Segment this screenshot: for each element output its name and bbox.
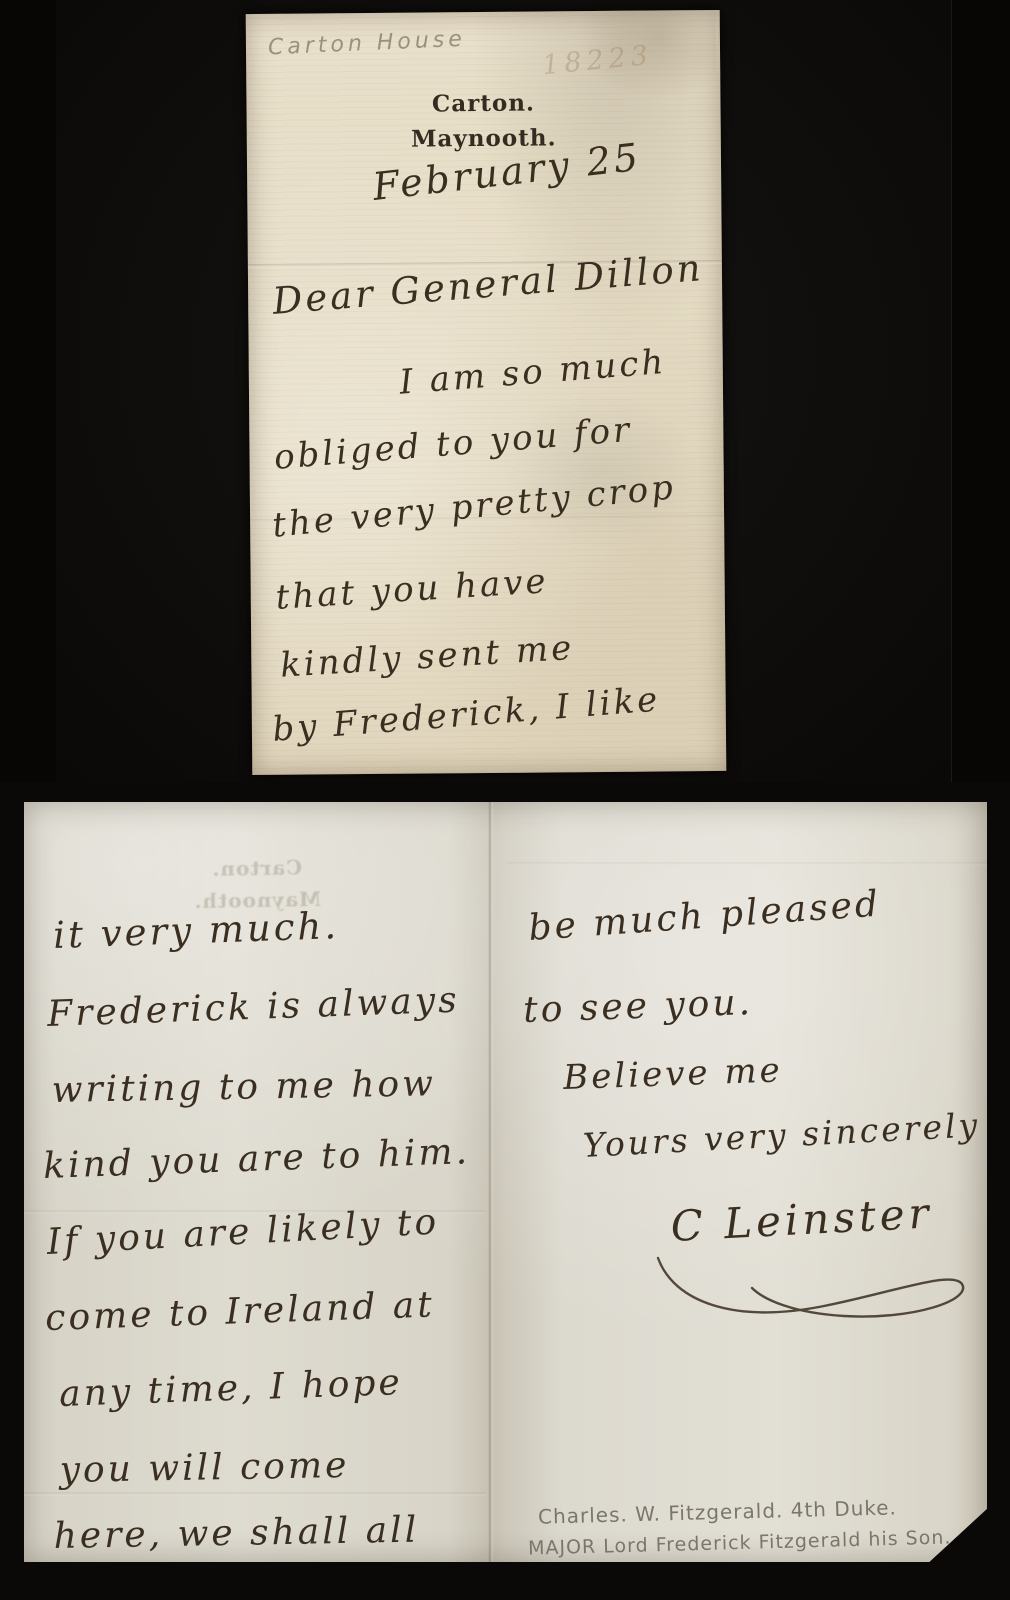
photo-bottom-backdrop: Carton. Maynooth. it very much. Frederic… bbox=[0, 782, 1010, 1600]
right-page-line: to see you. bbox=[523, 982, 754, 1031]
left-page-line: any time, I hope bbox=[59, 1362, 404, 1415]
left-page-line: it very much. bbox=[52, 904, 339, 957]
fold-crease bbox=[506, 862, 988, 866]
catalog-number: 18223 bbox=[541, 40, 654, 81]
ghost-letterhead-line-1: Carton. bbox=[161, 850, 352, 885]
left-page-line: you will come bbox=[59, 1445, 349, 1491]
letter-page-1: Carton House 18223 Carton. Maynooth. Feb… bbox=[246, 10, 727, 775]
signature: C Leinster bbox=[669, 1188, 933, 1251]
body-line: the very pretty crop bbox=[270, 467, 677, 546]
body-line: obliged to you for bbox=[273, 410, 634, 478]
signature-flourish-icon bbox=[644, 1240, 984, 1350]
body-line: I am so much bbox=[398, 342, 668, 403]
left-page-line: here, we shall all bbox=[53, 1510, 419, 1557]
body-line: by Frederick, I like bbox=[271, 679, 662, 749]
pencil-note: Carton House bbox=[267, 27, 466, 61]
left-page-line: If you are likely to bbox=[46, 1202, 440, 1263]
body-line: that you have bbox=[275, 561, 550, 618]
salutation: Dear General Dillon bbox=[271, 246, 705, 323]
pencil-annotation: MAJOR Lord Frederick Fitzgerald his Son. bbox=[528, 1526, 952, 1559]
photo-top-backdrop: Carton House 18223 Carton. Maynooth. Feb… bbox=[0, 0, 1010, 782]
pencil-annotation: Charles. W. Fitzgerald. 4th Duke. bbox=[538, 1495, 897, 1528]
center-fold bbox=[488, 802, 494, 1562]
letter-spread: Carton. Maynooth. it very much. Frederic… bbox=[24, 802, 987, 1562]
right-page-line: be much pleased bbox=[527, 883, 882, 949]
left-page-line: Frederick is always bbox=[47, 980, 461, 1035]
left-page-line: kind you are to him. bbox=[43, 1131, 471, 1187]
right-page-line: Believe me bbox=[563, 1050, 784, 1098]
letterhead-line-1: Carton. bbox=[246, 84, 720, 123]
right-page-line: Yours very sincerely bbox=[582, 1105, 981, 1165]
left-page-line: writing to me how bbox=[51, 1063, 436, 1111]
left-page-line: come to Ireland at bbox=[45, 1284, 436, 1339]
letterhead: Carton. Maynooth. bbox=[246, 84, 721, 158]
body-line: kindly sent me bbox=[279, 628, 575, 686]
fold-crease bbox=[24, 1492, 486, 1496]
